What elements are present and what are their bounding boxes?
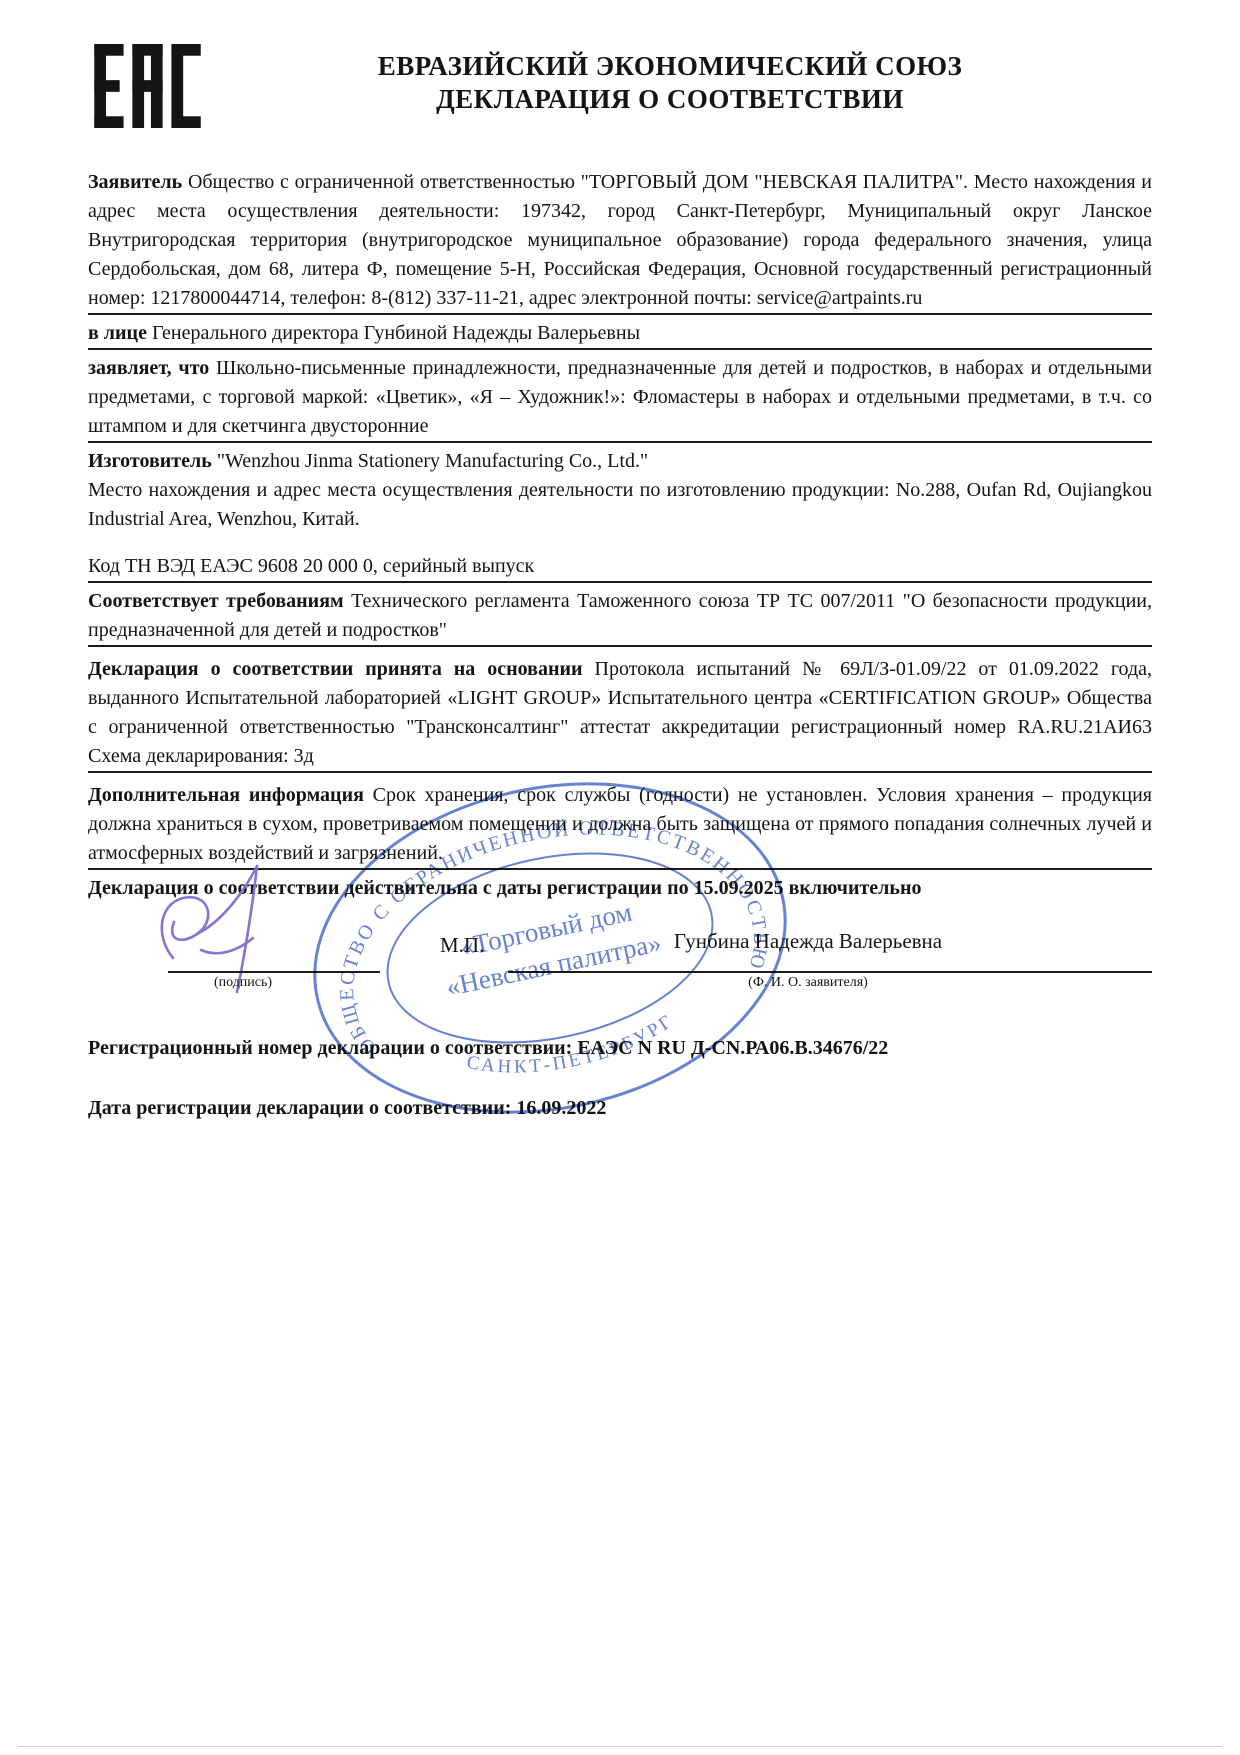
additional-info-paragraph: Дополнительная информация Срок хранения,… — [88, 781, 1152, 868]
applicant-paragraph: Заявитель Общество с ограниченной ответс… — [88, 168, 1152, 313]
spacer — [88, 773, 1152, 781]
spacer — [88, 647, 1152, 655]
registration-date-label: Дата регистрации декларации о соответств… — [88, 1097, 511, 1119]
complies-label: Соответствует требованиям — [88, 590, 344, 612]
registration-number-label: Регистрационный номер декларации о соотв… — [88, 1037, 572, 1059]
registration-date-line: Дата регистрации декларации о соответств… — [88, 1063, 1152, 1123]
basis-paragraph: Декларация о соответствии принята на осн… — [88, 655, 1152, 771]
applicant-label: Заявитель — [88, 171, 182, 193]
signature-block: М.П. (подпись) Гунбина Надежда Валерьевн… — [88, 903, 1152, 1011]
declares-text: Школьно-письменные принадлежности, предн… — [88, 357, 1152, 437]
additional-info-label: Дополнительная информация — [88, 784, 364, 806]
applicant-text: Общество с ограниченной ответственностью… — [88, 171, 1152, 309]
basis-label: Декларация о соответствии принята на осн… — [88, 658, 583, 680]
registration-number-value: ЕАЭС N RU Д-CN.РА06.В.34676/22 — [577, 1037, 888, 1059]
title-line-1: ЕВРАЗИЙСКИЙ ЭКОНОМИЧЕСКИЙ СОЮЗ — [228, 50, 1112, 83]
manufacturer-name: "Wenzhou Jinma Stationery Manufacturing … — [217, 450, 648, 472]
in-person-text: Генерального директора Гунбиной Надежды … — [152, 322, 640, 344]
manufacturer-label: Изготовитель — [88, 450, 212, 472]
signature-caption: (подпись) — [158, 975, 328, 991]
document-header: ЕВРАЗИЙСКИЙ ЭКОНОМИЧЕСКИЙ СОЮЗ ДЕКЛАРАЦИ… — [88, 0, 1152, 168]
tnved-line: Код ТН ВЭД ЕАЭС 9608 20 000 0, серийный … — [88, 552, 1152, 581]
stamp-place-label: М.П. — [440, 933, 484, 958]
in-person-label: в лице — [88, 322, 147, 344]
signatory-underline — [508, 971, 1152, 973]
declaration-document: ЕВРАЗИЙСКИЙ ЭКОНОМИЧЕСКИЙ СОЮЗ ДЕКЛАРАЦИ… — [0, 0, 1240, 1755]
in-person-line: в лице Генерального директора Гунбиной Н… — [88, 315, 1152, 348]
eac-logo-icon — [94, 44, 202, 128]
manufacturer-line: Изготовитель "Wenzhou Jinma Stationery M… — [88, 443, 1152, 476]
signatory-caption: (Ф. И. О. заявителя) — [528, 975, 1088, 991]
manufacturer-address: Место нахождения и адрес места осуществл… — [88, 476, 1152, 534]
page-bottom-edge — [18, 1746, 1222, 1747]
declares-paragraph: заявляет, что Школьно-письменные принадл… — [88, 350, 1152, 441]
signatory-name: Гунбина Надежда Валерьевна — [528, 929, 1088, 954]
signature-underline — [168, 971, 380, 973]
registration-date-value: 16.09.2022 — [516, 1097, 606, 1119]
registration-number-line: Регистрационный номер декларации о соотв… — [88, 1011, 1152, 1063]
spacer — [88, 534, 1152, 552]
document-title: ЕВРАЗИЙСКИЙ ЭКОНОМИЧЕСКИЙ СОЮЗ ДЕКЛАРАЦИ… — [88, 0, 1152, 116]
title-line-2: ДЕКЛАРАЦИЯ О СООТВЕТСТВИИ — [228, 83, 1112, 116]
declares-label: заявляет, что — [88, 357, 209, 379]
complies-paragraph: Соответствует требованиям Технического р… — [88, 583, 1152, 645]
